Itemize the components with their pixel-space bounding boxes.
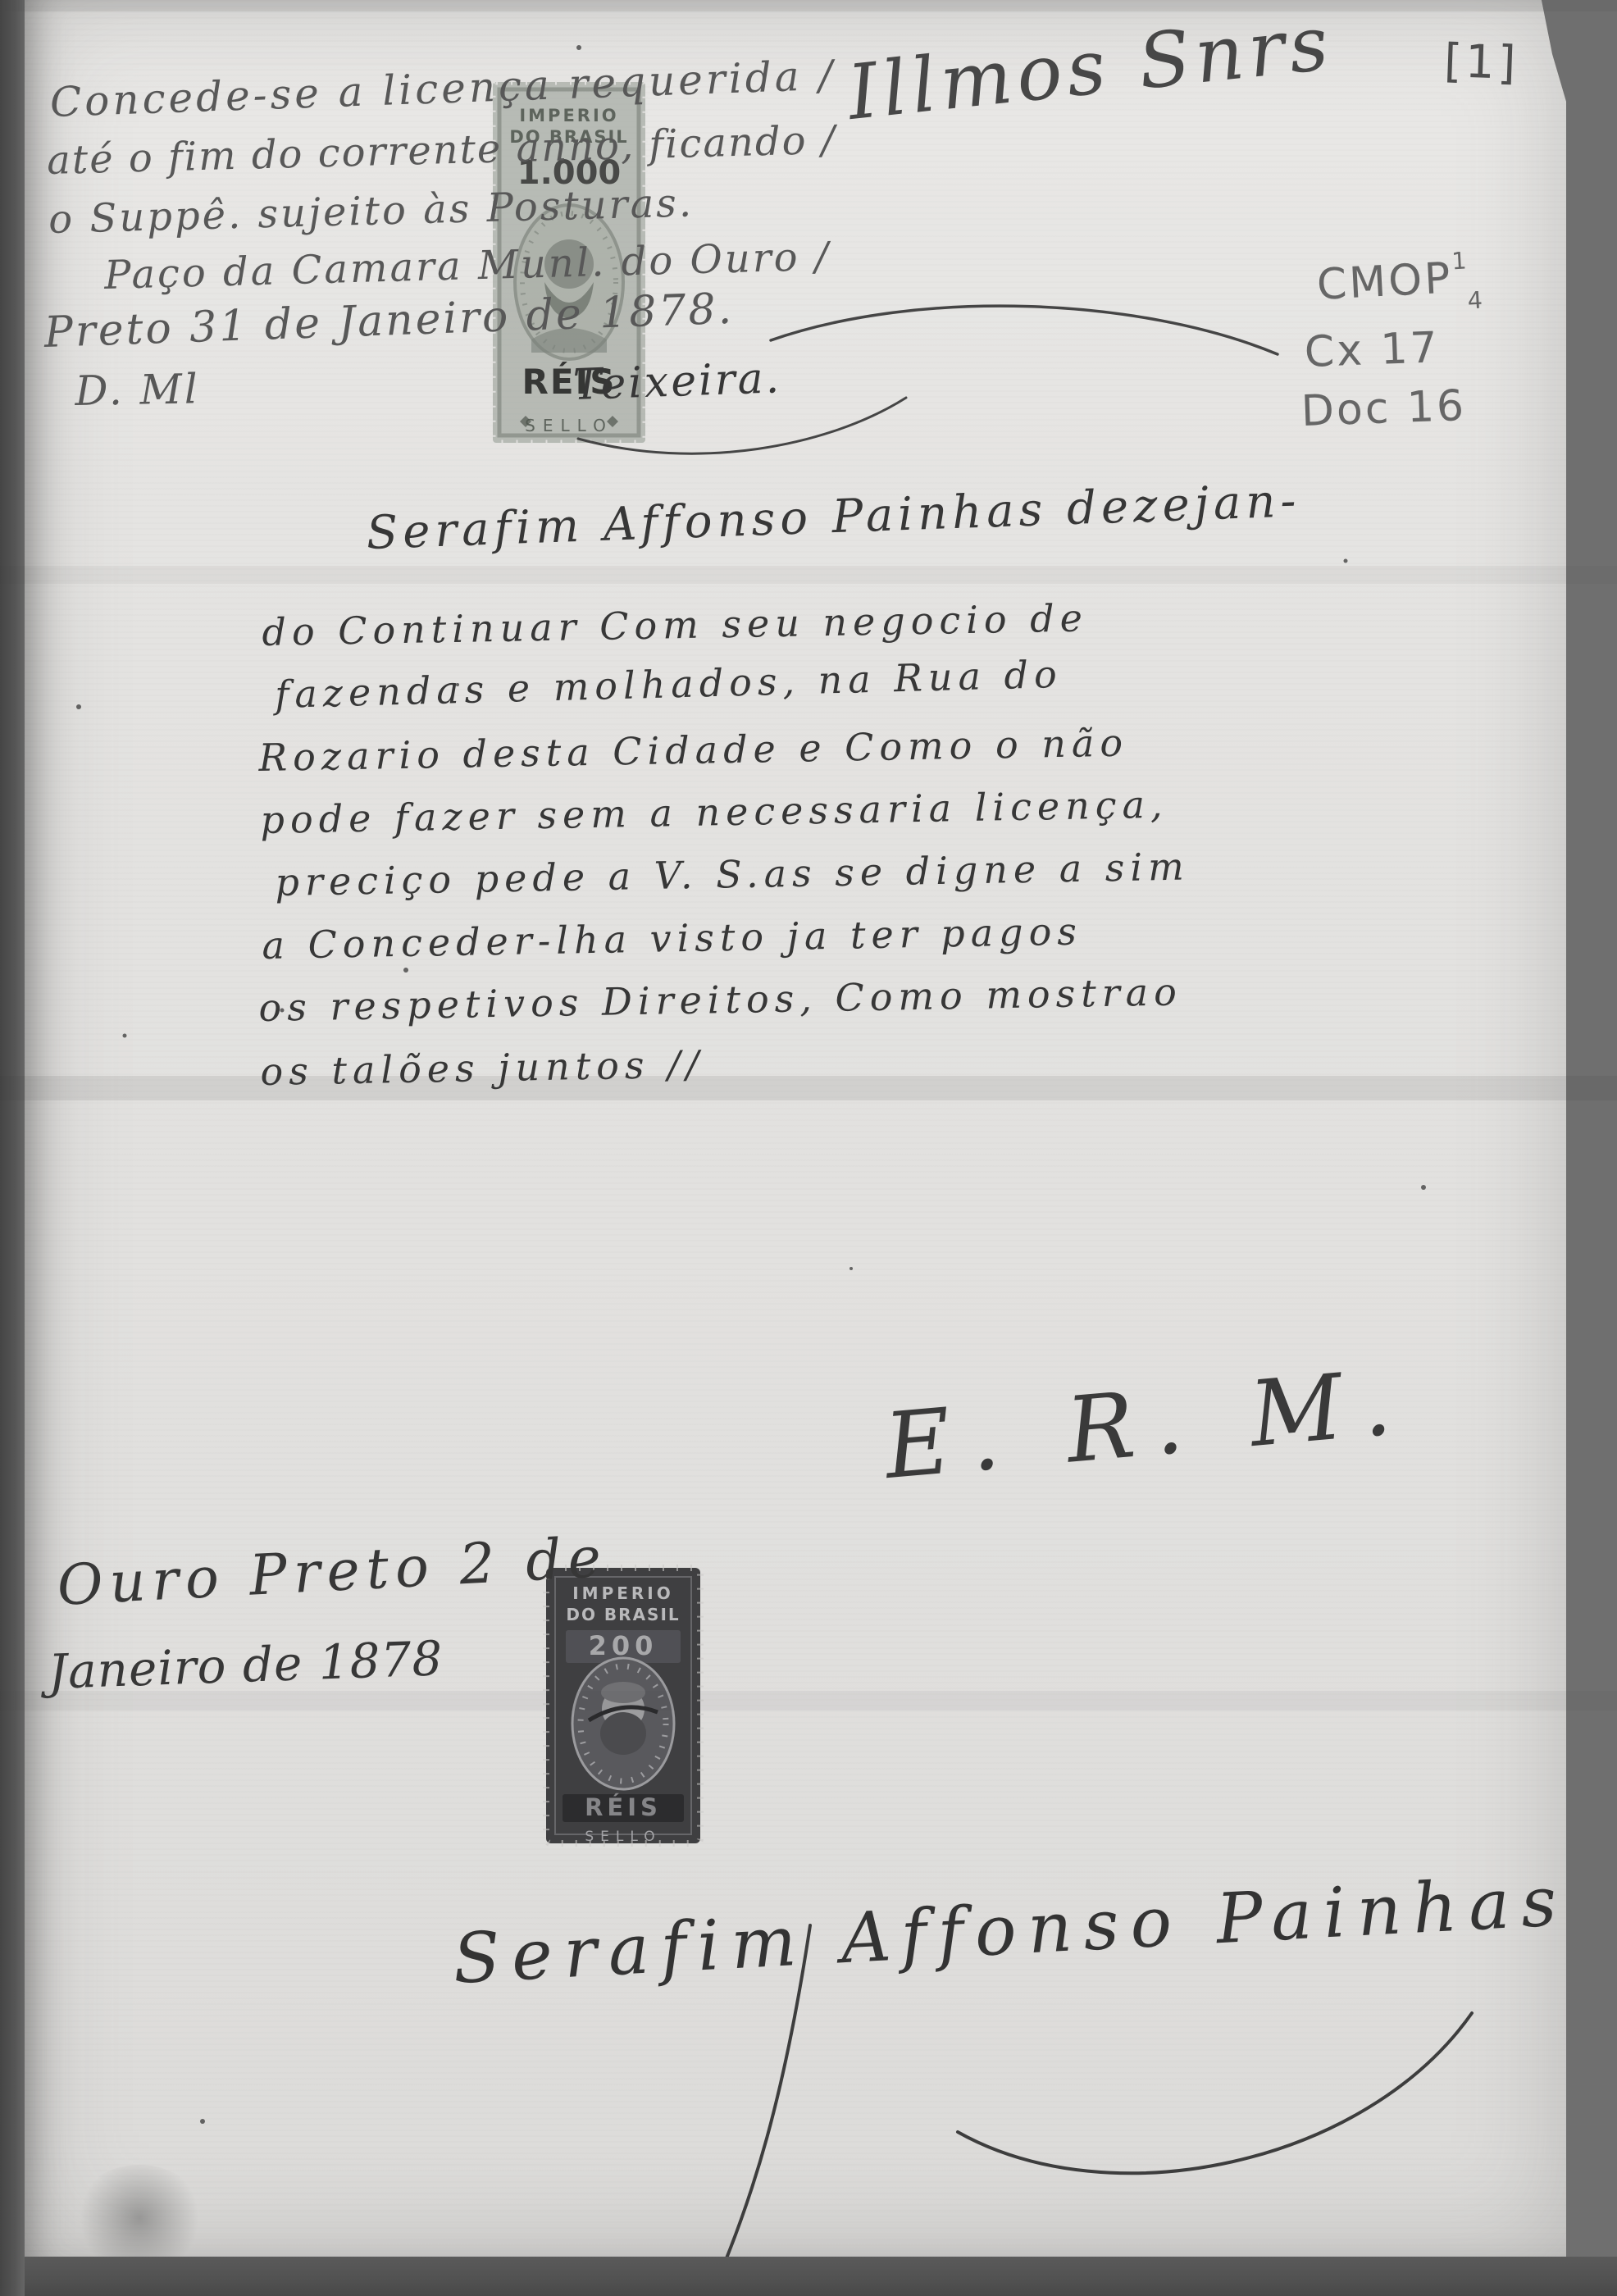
stamp2-currency: RÉIS (585, 1793, 662, 1821)
page-number-mark: [1] (1443, 34, 1520, 90)
petition-line: os talões juntos // (260, 1042, 704, 1094)
revenue-stamp-200-reis: IMPERIO DO BRASIL 200 RÉIS SELLO (541, 1563, 705, 1848)
series-code: CMOP (1316, 253, 1454, 310)
series-sup: 1 (1451, 246, 1469, 275)
dispatch-line: D. Ml (75, 365, 200, 415)
scanner-left-edge (0, 0, 25, 2296)
archival-doc-mark: Doc 16 (1300, 381, 1467, 436)
stamp2-value: 200 (589, 1630, 658, 1661)
stamp1-sello: SELLO (525, 416, 613, 435)
document-scan: IMPERIO DO BRASIL 1.000 RÉIS SELLO IMPER… (0, 0, 1617, 2296)
clerk-signature: Teixeira. (572, 353, 782, 410)
paper-stain (74, 2165, 205, 2271)
archival-box-mark: Cx 17 (1304, 323, 1441, 377)
scanner-bottom-edge (0, 2257, 1617, 2296)
stamp2-country-label: DO BRASIL (566, 1605, 680, 1624)
stamp2-portrait-beard (600, 1712, 646, 1755)
series-sub: 4 (1467, 286, 1486, 315)
stamp2-sello: SELLO (585, 1829, 661, 1845)
archival-series-mark: CMOP14 (1316, 252, 1489, 314)
